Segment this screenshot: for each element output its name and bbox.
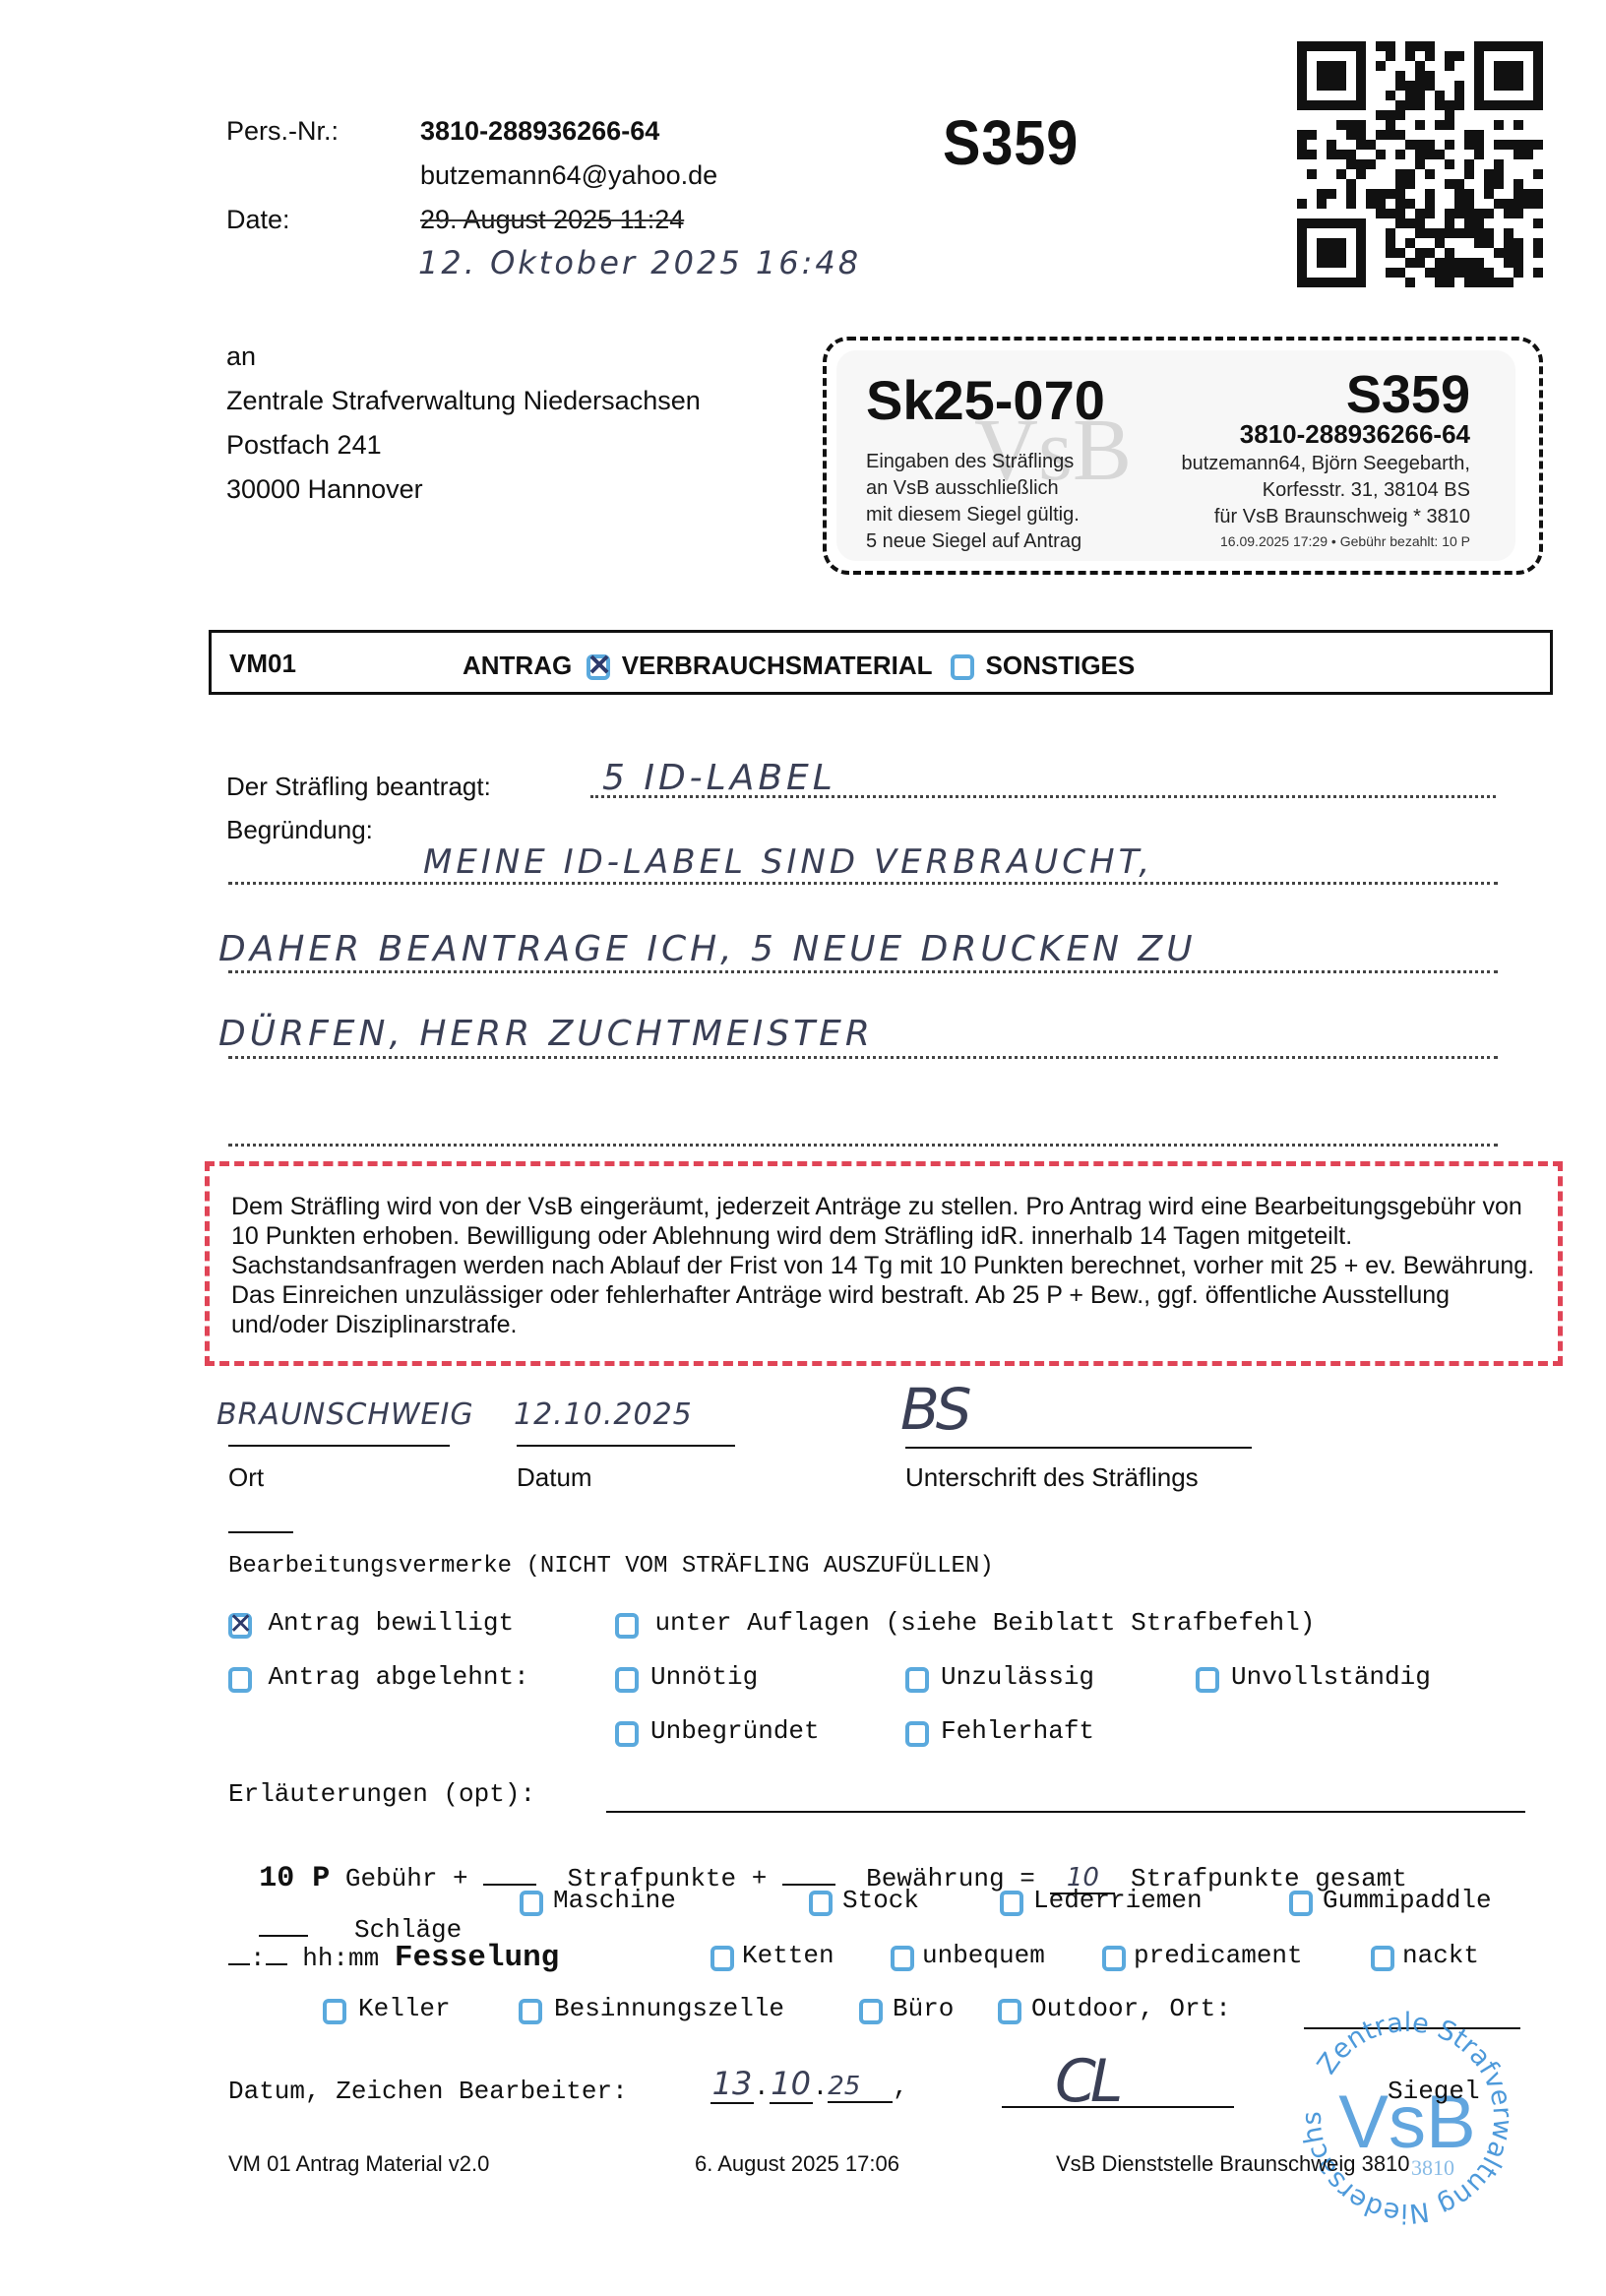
location-label: Keller [358, 1994, 451, 2023]
location-outdoor: Outdoor, Ort: [998, 1994, 1231, 2024]
begruendung-text-3[interactable]: DÜRFEN, HERR ZUCHTMEISTER [218, 1014, 874, 1054]
location-besinnungszelle: Besinnungszelle [519, 1994, 784, 2024]
clerk-signature[interactable]: CL [1055, 2047, 1117, 2116]
seal-id: Sk25-070 [866, 368, 1105, 432]
location-label: Outdoor, Ort: [1031, 1994, 1231, 2023]
checkbox-conditions[interactable] [615, 1613, 639, 1639]
rejected-row: Antrag abgelehnt: [228, 1662, 529, 1693]
notice-text: Dem Sträfling wird von der VsB eingeräum… [231, 1192, 1550, 1339]
conditions-row: unter Auflagen (siehe Beiblatt Strafbefe… [615, 1608, 1315, 1639]
bondage-label: Ketten [742, 1941, 834, 1970]
minutes-field[interactable] [266, 1963, 287, 1965]
checkbox-outdoor[interactable] [998, 1999, 1021, 2024]
seal-pers-nr: 3810-288936266-64 [1240, 419, 1470, 450]
antrag-label: ANTRAG [463, 651, 572, 680]
bondage-label: nackt [1402, 1941, 1479, 1970]
hours-field[interactable] [228, 1963, 250, 1965]
recipient-po-box: Postfach 241 [226, 423, 701, 467]
siegel-label: Siegel [1388, 2077, 1480, 2106]
datum-label: Datum [517, 1462, 592, 1493]
checkbox-unvollstaendig[interactable] [1196, 1667, 1219, 1693]
recipient-block: an Zentrale Strafverwaltung Niedersachse… [226, 335, 701, 512]
reason-label: Fehlerhaft [941, 1716, 1094, 1746]
begruendung-label: Begründung: [226, 815, 373, 845]
checkbox-maschine[interactable] [520, 1891, 543, 1916]
separator [228, 1531, 293, 1533]
notice-box: Dem Sträfling wird von der VsB eingeräum… [205, 1161, 1563, 1366]
checkbox-unnoetig[interactable] [615, 1667, 639, 1693]
checkbox-unzulaessig[interactable] [905, 1667, 929, 1693]
bondage-predicament: predicament [1102, 1941, 1303, 1971]
option-verbrauchsmaterial: VERBRAUCHSMATERIAL [622, 651, 932, 680]
clerk-sign-line [1002, 2106, 1234, 2108]
clerk-label: Datum, Zeichen Bearbeiter: [228, 2077, 628, 2106]
bondage-unbequem: unbequem [891, 1941, 1045, 1971]
pers-nr-value: 3810-288936266-64 [420, 116, 659, 147]
reason-unzulaessig: Unzulässig [905, 1662, 1094, 1693]
tool-label: Gummipaddle [1323, 1886, 1492, 1915]
footer-form-date: 6. August 2025 17:06 [695, 2151, 899, 2177]
checkbox-predicament[interactable] [1102, 1946, 1126, 1971]
qr-code-icon [1297, 41, 1543, 287]
schlaege-field[interactable] [259, 1935, 308, 1937]
checkbox-lederriemen[interactable] [1000, 1891, 1023, 1916]
location-label: Büro [893, 1994, 954, 2023]
seal-right-line: für VsB Braunschweig * 3810 [1181, 504, 1470, 530]
signature-value[interactable]: BS [900, 1376, 968, 1443]
processing-title: Bearbeitungsvermerke (NICHT VOM STRÄFLIN… [228, 1553, 994, 1580]
tool-gummipaddle: Gummipaddle [1289, 1886, 1492, 1916]
fesselung-label: Fesselung [395, 1941, 559, 1975]
reason-unnoetig: Unnötig [615, 1662, 758, 1693]
checkbox-unbegruendet[interactable] [615, 1721, 639, 1747]
option-sonstiges: SONSTIGES [986, 651, 1136, 680]
time-label: hh:mm [302, 1944, 379, 1973]
approved-row: Antrag bewilligt [228, 1608, 514, 1639]
bondage-label: unbequem [922, 1941, 1045, 1970]
reason-label: Unvollständig [1231, 1662, 1431, 1692]
begruendung-line-3 [228, 1056, 1498, 1059]
checkbox-nackt[interactable] [1371, 1946, 1394, 1971]
bondage-nackt: nackt [1371, 1941, 1479, 1971]
svg-text:3810: 3810 [1411, 2155, 1454, 2180]
tool-stock: Stock [809, 1886, 919, 1916]
official-stamp-icon: Zentrale Strafverwaltung Niedersachsen *… [1289, 2000, 1525, 2236]
location-keller: Keller [323, 1994, 451, 2024]
recipient-city: 30000 Hannover [226, 467, 701, 512]
conditions-label: unter Auflagen (siehe Beiblatt Strafbefe… [654, 1608, 1315, 1638]
beantragt-value[interactable]: 5 ID-LABEL [602, 758, 836, 798]
form-type-box: VM01 ANTRAG VERBRAUCHSMATERIAL SONSTIGES [209, 630, 1553, 695]
notes-field[interactable] [606, 1811, 1525, 1813]
checkbox-besinnungszelle[interactable] [519, 1999, 542, 2024]
tool-maschine: Maschine [520, 1886, 676, 1916]
form-code: S359 [943, 106, 1079, 179]
approved-label: Antrag bewilligt [268, 1608, 514, 1638]
reason-label: Unnötig [650, 1662, 758, 1692]
begruendung-line-2 [228, 970, 1498, 973]
location-buero: Büro [859, 1994, 954, 2024]
time-row: : hh:mm Fesselung [228, 1941, 559, 1975]
seal-right-line: Korfesstr. 31, 38104 BS [1181, 477, 1470, 504]
checkbox-verbrauchsmaterial[interactable] [587, 654, 610, 680]
seal-left-line: 5 neue Siegel auf Antrag [866, 528, 1081, 555]
date-label: Date: [226, 205, 290, 235]
ort-value[interactable]: BRAUNSCHWEIG [216, 1397, 474, 1432]
checkbox-fehlerhaft[interactable] [905, 1721, 929, 1747]
checkbox-stock[interactable] [809, 1891, 833, 1916]
checkbox-buero[interactable] [859, 1999, 883, 2024]
checkbox-ketten[interactable] [710, 1946, 734, 1971]
seal-right-line: butzemann64, Björn Seegebarth, [1181, 451, 1470, 477]
rejected-label: Antrag abgelehnt: [268, 1662, 528, 1692]
clerk-date: 13.10.25, [710, 2065, 908, 2104]
checkbox-approved[interactable] [228, 1613, 252, 1639]
seal-left-text: Eingaben des Sträflingsan VsB ausschließ… [866, 449, 1081, 555]
recipient-name: Zentrale Strafverwaltung Niedersachsen [226, 379, 701, 423]
date-handwritten: 12. Oktober 2025 16:48 [418, 244, 861, 281]
tool-lederriemen: Lederriemen [1000, 1886, 1203, 1916]
seal-footer: 16.09.2025 17:29 • Gebühr bezahlt: 10 P [1220, 533, 1470, 549]
checkbox-unbequem[interactable] [891, 1946, 914, 1971]
reason-label: Unzulässig [941, 1662, 1094, 1692]
begruendung-text-2[interactable]: DAHER BEANTRAGE ICH, 5 NEUE DRUCKEN ZU [218, 929, 1197, 969]
reason-label: Unbegründet [650, 1716, 820, 1746]
begruendung-line-4 [228, 1144, 1498, 1147]
ort-label: Ort [228, 1462, 264, 1493]
signature-line [905, 1447, 1252, 1449]
reason-unbegruendet: Unbegründet [615, 1716, 820, 1747]
begruendung-line-1 [228, 882, 1498, 885]
schlaege-row: Schläge [228, 1886, 462, 1945]
seal-code: S359 [1346, 364, 1470, 425]
email: butzemann64@yahoo.de [420, 160, 717, 191]
footer-office: VsB Dienststelle Braunschweig 3810 [1056, 2151, 1410, 2177]
footer-form-name: VM 01 Antrag Material v2.0 [228, 2151, 489, 2177]
seal-right-text: butzemann64, Björn Seegebarth,Korfesstr.… [1181, 451, 1470, 530]
clerk-year[interactable]: 25 [828, 2072, 893, 2103]
checkbox-sonstiges[interactable] [951, 654, 974, 680]
seal-left-line: Eingaben des Sträflings [866, 449, 1081, 475]
date-printed: 29. August 2025 11:24 [420, 205, 684, 235]
form-type-options: ANTRAG VERBRAUCHSMATERIAL SONSTIGES [463, 651, 1135, 681]
seal-left-line: an VsB ausschließlich [866, 475, 1081, 502]
notes-label: Erläuterungen (opt): [228, 1779, 535, 1809]
beantragt-label: Der Sträfling beantragt: [226, 772, 491, 802]
form-type-code: VM01 [229, 649, 296, 679]
reason-unvollstaendig: Unvollständig [1196, 1662, 1431, 1693]
recipient-prefix: an [226, 335, 701, 379]
clerk-month[interactable]: 10 [770, 2065, 813, 2104]
signature-label: Unterschrift des Sträflings [905, 1462, 1199, 1493]
bondage-ketten: Ketten [710, 1941, 834, 1971]
begruendung-text-1[interactable]: MEINE ID-LABEL SIND VERBRAUCHT, [423, 842, 1153, 882]
datum-line [517, 1445, 735, 1447]
reason-fehlerhaft: Fehlerhaft [905, 1716, 1094, 1747]
tool-label: Maschine [553, 1886, 676, 1915]
bondage-label: predicament [1134, 1941, 1303, 1970]
clerk-day[interactable]: 13 [710, 2065, 754, 2104]
seal-left-line: mit diesem Siegel gültig. [866, 502, 1081, 528]
datum-value[interactable]: 12.10.2025 [514, 1397, 693, 1432]
checkbox-rejected[interactable] [228, 1667, 252, 1693]
seal-label: VsB Sk25-070 S359 3810-288936266-64 Eing… [823, 337, 1543, 575]
tool-label: Stock [842, 1886, 919, 1915]
checkbox-keller[interactable] [323, 1999, 346, 2024]
ort-line [228, 1445, 450, 1447]
tool-label: Lederriemen [1033, 1886, 1203, 1915]
pers-nr-label: Pers.-Nr.: [226, 116, 339, 147]
checkbox-gummipaddle[interactable] [1289, 1891, 1313, 1916]
location-label: Besinnungszelle [554, 1994, 784, 2023]
